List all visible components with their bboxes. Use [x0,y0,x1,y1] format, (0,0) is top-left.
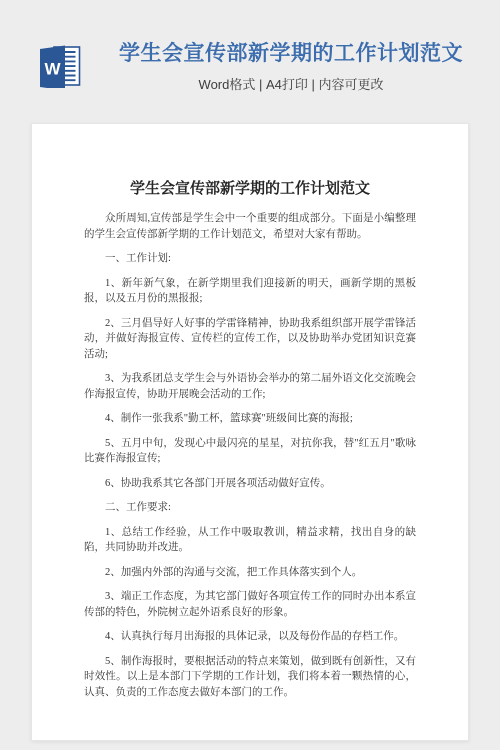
word-icon-letter: W [44,60,61,79]
document-paragraph: 一、工作计划: [84,251,416,267]
document-paragraph: 5、五月中旬，发现心中最闪亮的星星，对抗你我，替"红五月"歌咏比赛作海报宣传; [84,436,416,467]
document-paragraph: 5、制作海报时，要根据活动的特点来策划，做到既有创新性，又有时效性。以上是本部门… [84,654,416,701]
document-page: 学生会宣传部新学期的工作计划范文 众所周知,宣传部是学生会中一个重要的组成部分。… [31,123,469,741]
document-paragraph: 2、三月倡导好人好事的学雷锋精神，协助我系组织部开展学雷锋活动，并做好海报宣传、… [84,316,416,363]
document-paragraph: 6、协助我系其它各部门开展各项活动做好宣传。 [84,476,416,492]
document-paragraph: 众所周知,宣传部是学生会中一个重要的组成部分。下面是小编整理的学生会宣传部新学期… [84,211,416,242]
document-title: 学生会宣传部新学期的工作计划范文 [84,177,416,198]
document-paragraph: 4、制作一张我系"勤工杯，篮球赛"班级间比赛的海报; [84,411,416,427]
header-subtitle: Word格式 | A4打印 | 内容可更改 [199,74,384,93]
document-paragraph: 2、加强内外部的沟通与交流，把工作具体落实到个人。 [84,565,416,581]
document-paragraph: 1、总结工作经验，从工作中吸取教训，精益求精，找出自身的缺陷，共同协助并改进。 [84,525,416,556]
document-paragraph: 3、端正工作态度，为其它部门做好各项宣传工作的同时办出本系宣传部的特色，外院树立… [84,589,416,620]
document-body: 众所周知,宣传部是学生会中一个重要的组成部分。下面是小编整理的学生会宣传部新学期… [84,211,416,700]
document-paragraph: 1、新年新气象，在新学期里我们迎接新的明天，画新学期的黑板报，以及五月份的黑报报… [84,276,416,307]
document-paragraph: 二、工作要求: [84,500,416,516]
document-paragraph: 3、为我系团总支学生会与外语协会举办的第二届外语文化交流晚会作海报宣传，协助开展… [84,371,416,402]
word-logo-icon: W [37,42,83,88]
page-title: 学生会宣传部新学期的工作计划范文 [119,37,463,67]
document-paragraph: 4、认真执行每月出海报的具体记录，以及每份作品的存档工作。 [84,629,416,645]
header-text-block: 学生会宣传部新学期的工作计划范文 Word格式 | A4打印 | 内容可更改 [119,37,463,93]
header: W 学生会宣传部新学期的工作计划范文 Word格式 | A4打印 | 内容可更改 [0,0,500,93]
